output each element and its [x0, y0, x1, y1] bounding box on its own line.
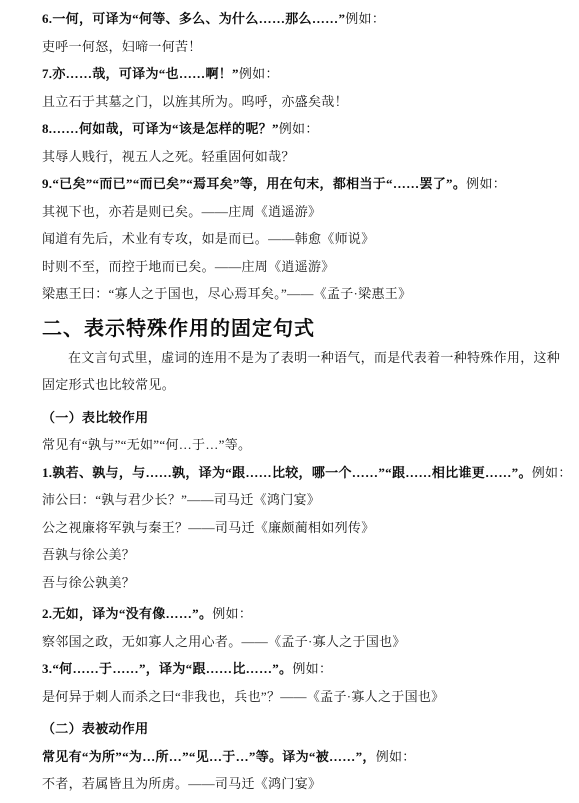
example-line: 常见有“孰与”“无如”“何…于…”等。: [42, 431, 569, 459]
example-line: 吾孰与徐公美？: [42, 541, 569, 569]
plain-text: 例如：: [212, 606, 252, 621]
item-line: 7.亦……哉，可译为“也……啊！”例如：: [42, 60, 569, 88]
example-line: 吏呼一何怒，妇啼一何苦！: [42, 33, 569, 61]
plain-text: 例如：: [239, 66, 279, 81]
plain-text: 且立石于其墓之门，以旌其所为。呜呼，亦盛矣哉！: [42, 94, 348, 109]
example-line: 闻道有先后，术业有专攻，如是而已。——韩愈《师说》: [42, 225, 569, 253]
item-line: 9.“已矣”“而已”“而已矣”“焉耳矣”等，用在句末，都相当于“……罢了”。例如…: [42, 170, 569, 198]
section-heading: 二、表示特殊作用的固定句式: [42, 314, 569, 344]
bold-text: 1.孰若、孰与，与……孰，译为“跟……比较，哪一个……”“跟……相比谁更……”。: [42, 465, 532, 480]
plain-text: 时则不至，而控于地而已矣。——庄周《逍遥游》: [42, 259, 335, 274]
bold-text: 9.“已矣”“而已”“而已矣”“焉耳矣”等，用在句末，都相当于“……罢了”。: [42, 176, 466, 191]
document-body: 6.一何，可译为“何等、多么、为什么……那么……”例如：吏呼一何怒，妇啼一何苦！…: [0, 0, 579, 803]
bold-text: 8.……何如哉，可译为“该是怎样的呢？”: [42, 121, 279, 136]
example-line: 沛公曰：“孰与君少长？”——司马迁《鸿门宴》: [42, 486, 569, 514]
plain-text: 例如：: [345, 11, 385, 26]
example-line: 是何异于刺人而杀之曰“非我也，兵也”？——《孟子·寡人之于国也》: [42, 683, 569, 711]
plain-text: 常见有“孰与”“无如”“何…于…”等。: [42, 437, 251, 452]
bold-text: 6.一何，可译为“何等、多么、为什么……那么……”: [42, 11, 345, 26]
item-line: 8.……何如哉，可译为“该是怎样的呢？”例如：: [42, 115, 569, 143]
bold-text: 3.“何……于……”，译为“跟……比……”。: [42, 661, 292, 676]
bold-text: 7.亦……哉，可译为“也……啊！”: [42, 66, 239, 81]
plain-text: 例如：: [292, 661, 332, 676]
plain-text: 沛公曰：“孰与君少长？”——司马迁《鸿门宴》: [42, 492, 320, 507]
example-line: 且立石于其墓之门，以旌其所为。呜呼，亦盛矣哉！: [42, 88, 569, 116]
plain-text: 察邻国之政，无如寡人之用心者。——《孟子·寡人之于国也》: [42, 634, 406, 649]
item-line: 1.孰若、孰与，与……孰，译为“跟……比较，哪一个……”“跟……相比谁更……”。…: [42, 459, 569, 487]
item-line: 6.一何，可译为“何等、多么、为什么……那么……”例如：: [42, 5, 569, 33]
plain-text: 其视下也，亦若是则已矣。——庄周《逍遥游》: [42, 204, 321, 219]
plain-text: 其辱人贱行，视五人之死。轻重固何如哉？: [42, 149, 295, 164]
plain-text: 例如：: [279, 121, 319, 136]
plain-text: 吾与徐公孰美？: [42, 575, 135, 590]
plain-text: 例如：: [532, 465, 572, 480]
example-line: 其视下也，亦若是则已矣。——庄周《逍遥游》: [42, 198, 569, 226]
bold-text: 2.无如，译为“没有像……”。: [42, 606, 212, 621]
bold-text: （二）表被动作用: [42, 721, 148, 736]
example-line: 察邻国之政，无如寡人之用心者。——《孟子·寡人之于国也》: [42, 628, 569, 656]
item-line: 2.无如，译为“没有像……”。例如：: [42, 600, 569, 628]
example-line: 其辱人贱行，视五人之死。轻重固何如哉？: [42, 143, 569, 171]
subsection-heading: （一）表比较作用: [42, 404, 569, 432]
plain-text: 吏呼一何怒，妇啼一何苦！: [42, 39, 202, 54]
plain-text: 例如：: [466, 176, 506, 191]
bold-text: 二、表示特殊作用的固定句式: [42, 318, 315, 340]
example-line: 吾与徐公孰美？: [42, 569, 569, 597]
plain-text: 例如：: [376, 749, 416, 764]
bold-text: （一）表比较作用: [42, 410, 148, 425]
example-line: 时则不至，而控于地而已矣。——庄周《逍遥游》: [42, 253, 569, 281]
subsection-heading: （二）表被动作用: [42, 715, 569, 743]
example-line: 不者，若属皆且为所虏。——司马迁《鸿门宴》: [42, 770, 569, 798]
plain-text: 闻道有先后，术业有专攻，如是而已。——韩愈《师说》: [42, 231, 375, 246]
intro-paragraph: 在文言句式里，虚词的连用不是为了表明一种语气，而是代表着一种特殊作用，这种固定形…: [42, 344, 564, 399]
plain-text: 在文言句式里，虚词的连用不是为了表明一种语气，而是代表着一种特殊作用，这种固定形…: [42, 350, 560, 393]
plain-text: 不者，若属皆且为所虏。——司马迁《鸿门宴》: [42, 776, 321, 791]
item-line: 3.“何……于……”，译为“跟……比……”。例如：: [42, 655, 569, 683]
example-line: 梁惠王曰：“寡人之于国也，尽心焉耳矣。”——《孟子·梁惠王》: [42, 280, 569, 308]
plain-text: 梁惠王曰：“寡人之于国也，尽心焉耳矣。”——《孟子·梁惠王》: [42, 286, 411, 301]
bold-text: 常见有“为所”“为…所…”“见…于…”等。译为“被……”，: [42, 749, 376, 764]
plain-text: 是何异于刺人而杀之曰“非我也，兵也”？——《孟子·寡人之于国也》: [42, 689, 444, 704]
plain-text: 吾孰与徐公美？: [42, 547, 135, 562]
example-line: 公之视廉将军孰与秦王？——司马迁《廉颇蔺相如列传》: [42, 514, 569, 542]
plain-text: 公之视廉将军孰与秦王？——司马迁《廉颇蔺相如列传》: [42, 520, 375, 535]
item-line: 常见有“为所”“为…所…”“见…于…”等。译为“被……”，例如：: [42, 743, 569, 771]
